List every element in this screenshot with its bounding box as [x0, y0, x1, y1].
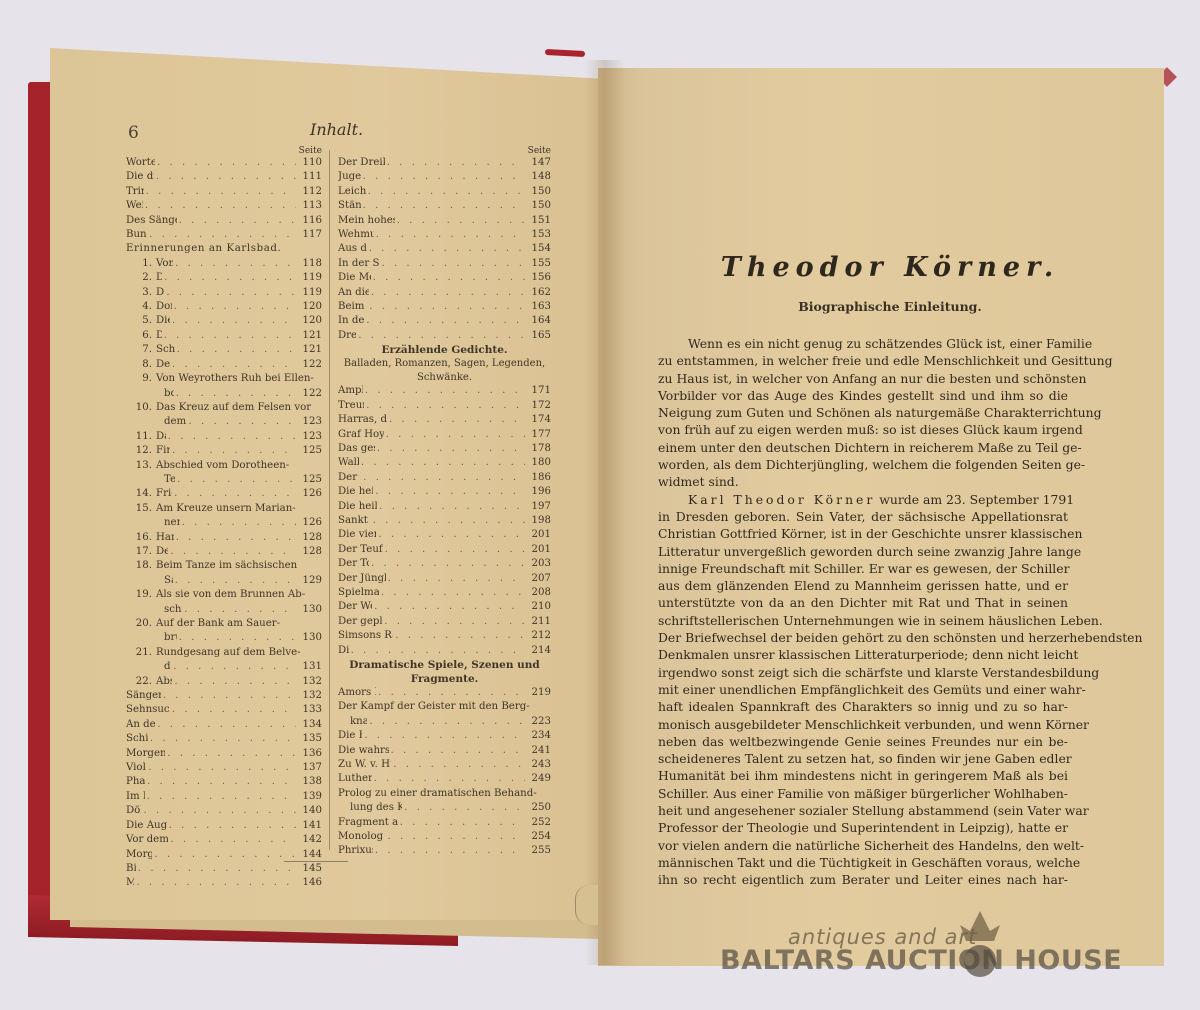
- toc-entry-text: Harras, der kühne Springer: [338, 414, 387, 425]
- leader-dots: [144, 185, 296, 199]
- toc-entry-text: Das Töpel-Thal: [156, 431, 166, 442]
- chapter-title: Theodor Körner.: [620, 252, 1160, 283]
- toc-entry-title: Luthers Monolog: [338, 772, 372, 786]
- body-line-text: Christian Gottfried Körner, ist in der G…: [658, 526, 1082, 541]
- leader-dots: [141, 804, 296, 818]
- toc-entry-text: Amors Heerscharen: [338, 687, 376, 698]
- toc-entry-text: Das gestörte Glück: [338, 443, 375, 454]
- toc-entry-page: 171: [525, 384, 551, 398]
- toc-entry-title: Der Kampf der Geister mit den Berg-: [338, 700, 530, 714]
- leader-dots: [395, 214, 525, 228]
- toc-entry-title: 8.Der Kaiserin Platz: [134, 358, 170, 372]
- toc-entry-text: Bitte: [126, 863, 136, 874]
- leader-dots: [180, 516, 296, 530]
- toc-entry: Der Kampf der Geister mit den Berg-: [338, 700, 551, 714]
- toc-entry-page: 177: [525, 428, 551, 442]
- toc-entry-title: 16.Hans Heilings Felsen: [134, 531, 174, 545]
- toc-entry-continuation: schied nahm130: [126, 603, 322, 617]
- body-line: zu Haus ist, in welcher von Anfang an nu…: [658, 370, 1068, 387]
- toc-entry-title: 11.Das Töpel-Thal: [134, 430, 166, 444]
- leader-dots: [177, 214, 296, 228]
- toc-entry-text: Dorf Hammer: [156, 287, 164, 298]
- leader-dots: [367, 715, 525, 729]
- toc-entry-page: 126: [296, 487, 322, 501]
- toc-entry-page: 254: [525, 830, 551, 844]
- toc-entry: An den Frühling134: [126, 718, 322, 732]
- toc-entry-title: Prolog zu einer dramatischen Behand-: [338, 787, 537, 801]
- toc-entry-number: 12.: [134, 444, 152, 458]
- body-line: von früh auf zu eigen werden muß: so ist…: [658, 421, 1068, 438]
- leader-dots: [136, 862, 296, 876]
- leader-dots: [174, 387, 296, 401]
- toc-entry-page: 165: [525, 329, 551, 343]
- toc-entry: Sankt Medardus198: [338, 514, 551, 528]
- leader-dots: [356, 329, 525, 343]
- toc-entry-page: 112: [296, 185, 322, 199]
- leader-dots: [384, 428, 525, 442]
- toc-entry-page: 255: [525, 844, 551, 858]
- toc-entry: Mein hohes Lied von der Einzigen151: [338, 214, 551, 228]
- body-line-text: Professor der Theologie und Superintende…: [658, 820, 1068, 835]
- leader-dots: [372, 600, 525, 614]
- leader-dots: [170, 444, 296, 458]
- toc-entry-continuation: Saale129: [126, 574, 322, 588]
- body-line: Vorbilder vor das Auge des Kindes gestel…: [658, 387, 1068, 404]
- body-line: männischen Takt und die Tüchtigkeit in G…: [658, 854, 1068, 871]
- toc-entry-text: Die Monatsteine: [338, 272, 371, 283]
- bookmark-ribbon: [545, 49, 585, 57]
- toc-entry-text: Sängers Wanderlied: [126, 690, 161, 701]
- toc-entry-title: Trinklied: [126, 185, 144, 199]
- body-line-text: schriftstellerischen Unternehmungen wie …: [658, 613, 1103, 628]
- toc-entry-title: Der Dreiklang des Lebens: [338, 156, 385, 170]
- body-line: mit einer unendlichen Empfänglichkeit de…: [658, 681, 1068, 698]
- toc-entry: Aus der Ferne154: [338, 242, 551, 256]
- body-line: Litteratur unvergeßlich geworden durch s…: [658, 543, 1068, 560]
- toc-entry-text: nens-Ruhe: [164, 516, 180, 530]
- toc-entry-title: 6.Der Obelisk: [134, 329, 162, 343]
- toc-entry-page: 110: [296, 156, 322, 170]
- toc-entry: Amphiaraos171: [338, 384, 551, 398]
- body-line: zu entstammen, in welcher freie und edle…: [658, 352, 1068, 369]
- toc-entry: 18.Beim Tanze im sächsischen: [126, 559, 322, 573]
- toc-entry-text: Friederikens Felsen: [156, 488, 172, 499]
- toc-entry-text: Schifferlied: [126, 733, 148, 744]
- toc-entry-title: 14.Friederikens Felsen: [134, 487, 172, 501]
- toc-entry-text: Vom Dreikreuzberge: [156, 258, 173, 269]
- toc-entry: Ständchen150: [338, 199, 551, 213]
- leader-dots: [376, 686, 525, 700]
- toc-entry-number: 22.: [134, 675, 152, 689]
- toc-entry: 8.Der Kaiserin Platz122: [126, 358, 322, 372]
- body-line-text: irgendwo sonst zeigt sich die schärfste …: [658, 665, 1099, 680]
- toc-entry: Die drei Sterne111: [126, 170, 322, 184]
- toc-entry-page: 145: [296, 862, 322, 876]
- toc-entry-text: Die wahrsagende Zigeunerin: [338, 745, 389, 756]
- toc-entry: Simsons Rache an den Philistern212: [338, 629, 551, 643]
- toc-entry-title: 15.Am Kreuze unsern Marian-: [134, 502, 296, 516]
- toc-entry-text: Der Kynast: [338, 472, 361, 483]
- toc-entry-page: 201: [525, 528, 551, 542]
- body-line: heit und angesehener sozialer Stellung a…: [658, 802, 1068, 819]
- seite-label: Seite: [126, 146, 322, 156]
- body-line-text: innige Freundschaft mit Schiller. Er war…: [658, 561, 1070, 576]
- toc-entry-text: Fragment aus Konradin v. Schwaben: [338, 817, 398, 828]
- toc-entry-text: Die vier Schwestern: [338, 529, 376, 540]
- leader-dots: [361, 471, 525, 485]
- toc-entry-page: 121: [296, 329, 322, 343]
- leader-dots: [147, 228, 296, 242]
- toc-entry: Dido214: [338, 644, 551, 658]
- leader-dots: [364, 314, 525, 328]
- toc-right-column: Seite Der Dreiklang des Lebens147Jugendl…: [338, 155, 551, 859]
- leader-dots: [359, 456, 525, 470]
- toc-entry-page: 136: [296, 747, 322, 761]
- toc-entry: 1.Vom Dreikreuzberge118: [126, 257, 322, 271]
- leader-dots: [387, 413, 525, 427]
- toc-entry-title: Im Prater: [126, 790, 145, 804]
- leader-dots: [168, 545, 296, 559]
- toc-entry-title: Morgenfreude: [126, 848, 152, 862]
- toc-entry-text: Leichter Sinn: [338, 186, 366, 197]
- toc-entry-title: 13.Abschied vom Dorotheen-: [134, 459, 289, 473]
- toc-entry-page: 122: [296, 387, 322, 401]
- toc-entry-page: 196: [525, 485, 551, 499]
- toc-entry-text: Mein hohes Lied von der Einzigen: [338, 215, 395, 226]
- toc-entry: Luthers Monolog249: [338, 772, 551, 786]
- toc-entry-number: 17.: [134, 545, 152, 559]
- toc-entry-page: 162: [525, 286, 551, 300]
- toc-entry-text: Spielmann und Zither: [338, 587, 379, 598]
- toc-entry-title: An die Geliebte: [338, 286, 369, 300]
- toc-entry-title: Der Weltschöpfer: [338, 600, 372, 614]
- toc-entry: Violenblau137: [126, 761, 322, 775]
- toc-entry-number: 19.: [134, 588, 152, 602]
- toc-entry-number: 4.: [134, 300, 152, 314]
- toc-entry-page: 111: [296, 170, 322, 184]
- leader-dots: [389, 744, 525, 758]
- toc-entry-text: Der geplagte Bräutigam: [338, 616, 382, 627]
- toc-entry-text: Wallhaide: [338, 457, 359, 468]
- toc-entry-number: 7.: [134, 343, 152, 357]
- toc-entry-continuation: bogen122: [126, 387, 322, 401]
- toc-entry: Der Teufel in Salamanca201: [338, 543, 551, 557]
- toc-entry: 10.Das Kreuz auf dem Felsen vor: [126, 401, 322, 415]
- toc-section-heading: Erzählende Gedichte.: [338, 343, 551, 357]
- toc-entry-page: 180: [525, 456, 551, 470]
- toc-entry: Wallhaide180: [338, 456, 551, 470]
- toc-entry: Prolog zu einer dramatischen Behand-: [338, 787, 551, 801]
- leader-dots: [361, 199, 526, 213]
- toc-entry-text: Prolog zu einer dramatischen Behand-: [338, 788, 537, 799]
- body-line-text: Wenn es ein nicht genug zu schätzendes G…: [688, 336, 1092, 351]
- toc-entry-title: Simsons Rache an den Philistern: [338, 629, 393, 643]
- leader-dots: [377, 500, 525, 514]
- toc-entry-page: 243: [525, 758, 551, 772]
- toc-entry-text: Die heilige Cäcilia: [338, 486, 373, 497]
- body-line-text: worden, als dem Dichterjüngling, welchem…: [658, 457, 1085, 472]
- leader-dots: [172, 675, 296, 689]
- leader-dots: [382, 615, 525, 629]
- toc-entry: Der Jüngling und der Bach207: [338, 572, 551, 586]
- leader-dots: [155, 718, 296, 732]
- toc-entry: In der Stephanskirche155: [338, 257, 551, 271]
- body-line-text: Der Briefwechsel der beiden gehört zu de…: [658, 630, 1143, 645]
- toc-entry: 19.Als sie von dem Brunnen Ab-: [126, 588, 322, 602]
- toc-entry-text: Vor dem Bild ihrer Mutter: [126, 834, 168, 845]
- toc-entry-text: Das Kreuz auf dem Felsen vor: [156, 402, 311, 413]
- toc-entry: Die heilige Dorothea197: [338, 500, 551, 514]
- leader-dots: [367, 242, 525, 256]
- leader-dots: [145, 790, 296, 804]
- toc-entry-title: Monolog des Themistokles: [338, 830, 386, 844]
- toc-entry: Die Blumen234: [338, 729, 551, 743]
- toc-entry-text: Weinlied: [126, 200, 143, 211]
- toc-entry-page: 241: [525, 744, 551, 758]
- toc-entry-title: Bitte: [126, 862, 136, 876]
- toc-entry-page: 132: [296, 689, 322, 703]
- toc-entry-page: 119: [296, 286, 322, 300]
- toc-entry-page: 140: [296, 804, 322, 818]
- toc-title: Inhalt.: [310, 120, 363, 139]
- toc-entry-text: Graf Hoyer von Mansfeld: [338, 429, 384, 440]
- toc-entry-number: 1.: [134, 257, 152, 271]
- toc-entry-text: Der Kaiserin Platz: [156, 359, 170, 370]
- leader-dots: [174, 531, 296, 545]
- toc-entry-title: Bundeslied: [126, 228, 147, 242]
- toc-entry-text: Treuröschen: [338, 400, 364, 411]
- leader-dots: [148, 732, 296, 746]
- toc-entry-text: Der Kampf der Geister mit den Berg-: [338, 701, 530, 712]
- toc-entry-title: Leichter Sinn: [338, 185, 366, 199]
- toc-entry-page: 119: [296, 271, 322, 285]
- toc-entry-title: 3.Dorf Hammer: [134, 286, 164, 300]
- leader-dots: [167, 819, 296, 833]
- toc-entry-title: Ständchen: [338, 199, 361, 213]
- body-line-text: Vorbilder vor das Auge des Kindes gestel…: [658, 388, 1068, 403]
- toc-entry-text: Sehnsucht nach dem Rhein: [126, 704, 170, 715]
- toc-entry-page: 207: [525, 572, 551, 586]
- toc-entry-title: Der Totenkranz: [338, 557, 369, 571]
- toc-entry-page: 147: [525, 156, 551, 170]
- body-line-text: männischen Takt und die Tüchtigkeit in G…: [658, 855, 1080, 870]
- body-line: Schiller. Aus einer Familie von mäßiger …: [658, 785, 1068, 802]
- toc-entry-text: Der Weltschöpfer: [338, 601, 372, 612]
- toc-entry: Mut146: [126, 876, 322, 890]
- leader-dots: [361, 170, 525, 184]
- body-line: Karl Theodor Körner wurde am 23. Septemb…: [658, 491, 1068, 508]
- author-name: Karl Theodor Körner: [688, 492, 875, 507]
- toc-entry-text: An den Frühling: [126, 719, 155, 730]
- toc-entry-title: Das gestörte Glück: [338, 442, 375, 456]
- body-line: Der Briefwechsel der beiden gehört zu de…: [658, 629, 1068, 646]
- toc-entry-title: Die Monatsteine: [338, 271, 371, 285]
- toc-entry-text: In der Nacht: [338, 315, 364, 326]
- toc-entry-page: 174: [525, 413, 551, 427]
- toc-entry: 12.Findlaters Tempel125: [126, 444, 322, 458]
- toc-entry: 20.Auf der Bank am Sauer-: [126, 617, 322, 631]
- toc-entry-text: schied nahm: [164, 603, 182, 617]
- toc-entry: Die wahrsagende Zigeunerin241: [338, 744, 551, 758]
- toc-entry-text: Simsons Rache an den Philistern: [338, 630, 393, 641]
- toc-entry-page: 203: [525, 557, 551, 571]
- toc-entry: Die Monatsteine156: [338, 271, 551, 285]
- body-line-text: vor vielen andern die natürliche Sicherh…: [658, 838, 1084, 853]
- toc-entry-text: Die Blumen: [338, 730, 362, 741]
- toc-entry-text: Die Augen der Geliebten: [126, 820, 167, 831]
- body-line-text: Denkmalen unsrer klassischen Litteraturp…: [658, 647, 1078, 662]
- leader-dots: [373, 485, 525, 499]
- leader-dots: [363, 384, 525, 398]
- body-line: schriftstellerischen Unternehmungen wie …: [658, 612, 1068, 629]
- toc-entry-title: Spielmann und Zither: [338, 586, 379, 600]
- toc-entry-page: 164: [525, 314, 551, 328]
- toc-section-subheading: Balladen, Romanzen, Sagen, Legenden,: [338, 357, 551, 371]
- toc-entry-title: Die heilige Cäcilia: [338, 485, 373, 499]
- toc-entry-number: 18.: [134, 559, 152, 573]
- toc-entry-title: Zu W. v. Humboldts Geburtstag: [338, 758, 391, 772]
- watermark: antiques and art BALTARS AUCTION HOUSE: [720, 925, 1120, 985]
- toc-entry-page: 130: [296, 603, 322, 617]
- leader-dots: [152, 848, 296, 862]
- body-line: worden, als dem Dichterjüngling, welchem…: [658, 456, 1068, 473]
- toc-entry: Döbling140: [126, 804, 322, 818]
- toc-entry-title: 7.Scharade (Engelhaus): [134, 343, 175, 357]
- toc-entry-text: Hans Heilings Felsen: [156, 532, 174, 543]
- toc-entry-number: 6.: [134, 329, 152, 343]
- body-line-text: mit einer unendlichen Empfänglichkeit de…: [658, 682, 1086, 697]
- toc-entry-continuation: dere131: [126, 660, 322, 674]
- toc-entry: Die vier Schwestern201: [338, 528, 551, 542]
- toc-entry: Treuröschen172: [338, 399, 551, 413]
- leader-dots: [371, 514, 525, 528]
- toc-entry: Das gestörte Glück178: [338, 442, 551, 456]
- toc-entry: Leichter Sinn150: [338, 185, 551, 199]
- toc-entry-text: An die Geliebte: [338, 287, 369, 298]
- body-line-text: aus dem glänzenden Elend zu Mannheim ger…: [658, 578, 1068, 593]
- body-line: unterstützte von da an den Dichter mit R…: [658, 594, 1068, 611]
- toc-entry: Wehmut der Liebe153: [338, 228, 551, 242]
- toc-entry-text: Der Dreiklang des Lebens: [338, 157, 385, 168]
- toc-entry-page: 123: [296, 430, 322, 444]
- toc-entry-title: Der Teufel in Salamanca: [338, 543, 383, 557]
- toc-entry-text: Beim Tanze im sächsischen: [156, 560, 297, 571]
- toc-entry: Graf Hoyer von Mansfeld177: [338, 428, 551, 442]
- toc-entry-text: Jugendlust: [338, 171, 361, 182]
- toc-entry-number: 15.: [134, 502, 152, 516]
- end-rule: [284, 861, 348, 862]
- toc-entry-text: Morgenfreude: [126, 849, 152, 860]
- toc-entry-title: 10.Das Kreuz auf dem Felsen vor: [134, 401, 311, 415]
- body-line: aus dem glänzenden Elend zu Mannheim ger…: [658, 577, 1068, 594]
- toc-entry-page: 163: [525, 300, 551, 314]
- leader-dots: [162, 329, 296, 343]
- body-line-text: zu Haus ist, in welcher von Anfang an nu…: [658, 371, 1086, 386]
- seite-label: Seite: [338, 146, 551, 156]
- toc-entry: Beim Gewitter163: [338, 300, 551, 314]
- body-line: neben das weltbezwingende Genie seines F…: [658, 733, 1068, 750]
- toc-entry-text: Phrixus und Helle: [338, 845, 373, 856]
- toc-entry: 15.Am Kreuze unsern Marian-: [126, 502, 322, 516]
- leader-dots: [374, 228, 525, 242]
- leader-dots: [376, 528, 525, 542]
- toc-entry-title: 12.Findlaters Tempel: [134, 444, 170, 458]
- body-line: Wenn es ein nicht genug zu schätzendes G…: [658, 335, 1068, 352]
- toc-entry-title: Mut: [126, 876, 134, 890]
- body-text: Wenn es ein nicht genug zu schätzendes G…: [658, 335, 1068, 889]
- toc-entry-page: 210: [525, 600, 551, 614]
- leader-dots: [402, 801, 525, 815]
- leader-dots: [372, 772, 525, 786]
- toc-entry-text: Beim Gewitter: [338, 301, 367, 312]
- toc-entry-title: Vor dem Bild ihrer Mutter: [126, 833, 168, 847]
- toc-entry: Des Sängers Lied zu den Sternen116: [126, 214, 322, 228]
- toc-entry-title: 5.Die Prager Straße: [134, 314, 170, 328]
- leader-dots: [364, 399, 525, 413]
- toc-entry-number: 5.: [134, 314, 152, 328]
- leader-dots: [155, 156, 296, 170]
- toc-entry-number: 8.: [134, 358, 152, 372]
- toc-entry: Schifferlied135: [126, 732, 322, 746]
- leader-dots: [170, 314, 296, 328]
- toc-entry-text: dere: [164, 660, 171, 674]
- toc-entry: Spielmann und Zither208: [338, 586, 551, 600]
- leader-dots: [173, 574, 296, 588]
- toc-entry-title: Fragment aus Konradin v. Schwaben: [338, 816, 398, 830]
- leader-dots: [146, 761, 296, 775]
- toc-entry-text: Auf der Bank am Sauer-: [156, 618, 280, 629]
- toc-entry-title: Die heilige Dorothea: [338, 500, 377, 514]
- leader-dots: [170, 703, 296, 717]
- toc-entry-page: 141: [296, 819, 322, 833]
- toc-entry-title: Phrixus und Helle: [338, 844, 373, 858]
- toc-entry: Trinklied112: [126, 185, 322, 199]
- toc-entry-page: 156: [525, 271, 551, 285]
- toc-entry-page: 139: [296, 790, 322, 804]
- toc-entry-text: Worte der Liebe: [126, 157, 155, 168]
- toc-entry-title: Jugendlust: [338, 170, 361, 184]
- toc-entry-page: 138: [296, 775, 322, 789]
- toc-entry-title: 19.Als sie von dem Brunnen Ab-: [134, 588, 305, 602]
- toc-entry-title: Des Sängers Lied zu den Sternen: [126, 214, 177, 228]
- toc-entry-number: 14.: [134, 487, 152, 501]
- toc-entry-page: 223: [525, 715, 551, 729]
- toc-entry-page: 144: [296, 848, 322, 862]
- toc-entry: 5.Die Prager Straße120: [126, 314, 322, 328]
- toc-entry-title: Die drei Sterne: [126, 170, 154, 184]
- toc-entry-page: 133: [296, 703, 322, 717]
- toc-entry-title: Amphiaraos: [338, 384, 363, 398]
- body-line: monisch ausgebildeter Menschlichkeit ver…: [658, 716, 1068, 733]
- toc-entry-text: Der Totenkranz: [338, 558, 369, 569]
- toc-entry: Worte der Liebe110: [126, 156, 322, 170]
- toc-section-heading: Dramatische Spiele, Szenen und: [338, 658, 551, 672]
- toc-entry-title: 4.Dorotheens Tempel: [134, 300, 172, 314]
- toc-entry-text: Scharade (Engelhaus): [156, 344, 175, 355]
- body-line-text: zu entstammen, in welcher freie und edle…: [658, 353, 1113, 368]
- toc-entry-text: Trinklied: [126, 186, 144, 197]
- toc-entry-continuation: Tempel125: [126, 473, 322, 487]
- toc-entry-title: Sankt Medardus: [338, 514, 371, 528]
- page-number: 6: [128, 123, 139, 143]
- toc-entry: Bitte145: [126, 862, 322, 876]
- toc-entry-page: 197: [525, 500, 551, 514]
- toc-entry-continuation: knappen223: [338, 715, 551, 729]
- toc-entry-title: Dresden: [338, 329, 356, 343]
- toc-entry-title: In der Stephanskirche: [338, 257, 379, 271]
- toc-entry-number: 9.: [134, 372, 152, 386]
- toc-entry-page: 116: [296, 214, 322, 228]
